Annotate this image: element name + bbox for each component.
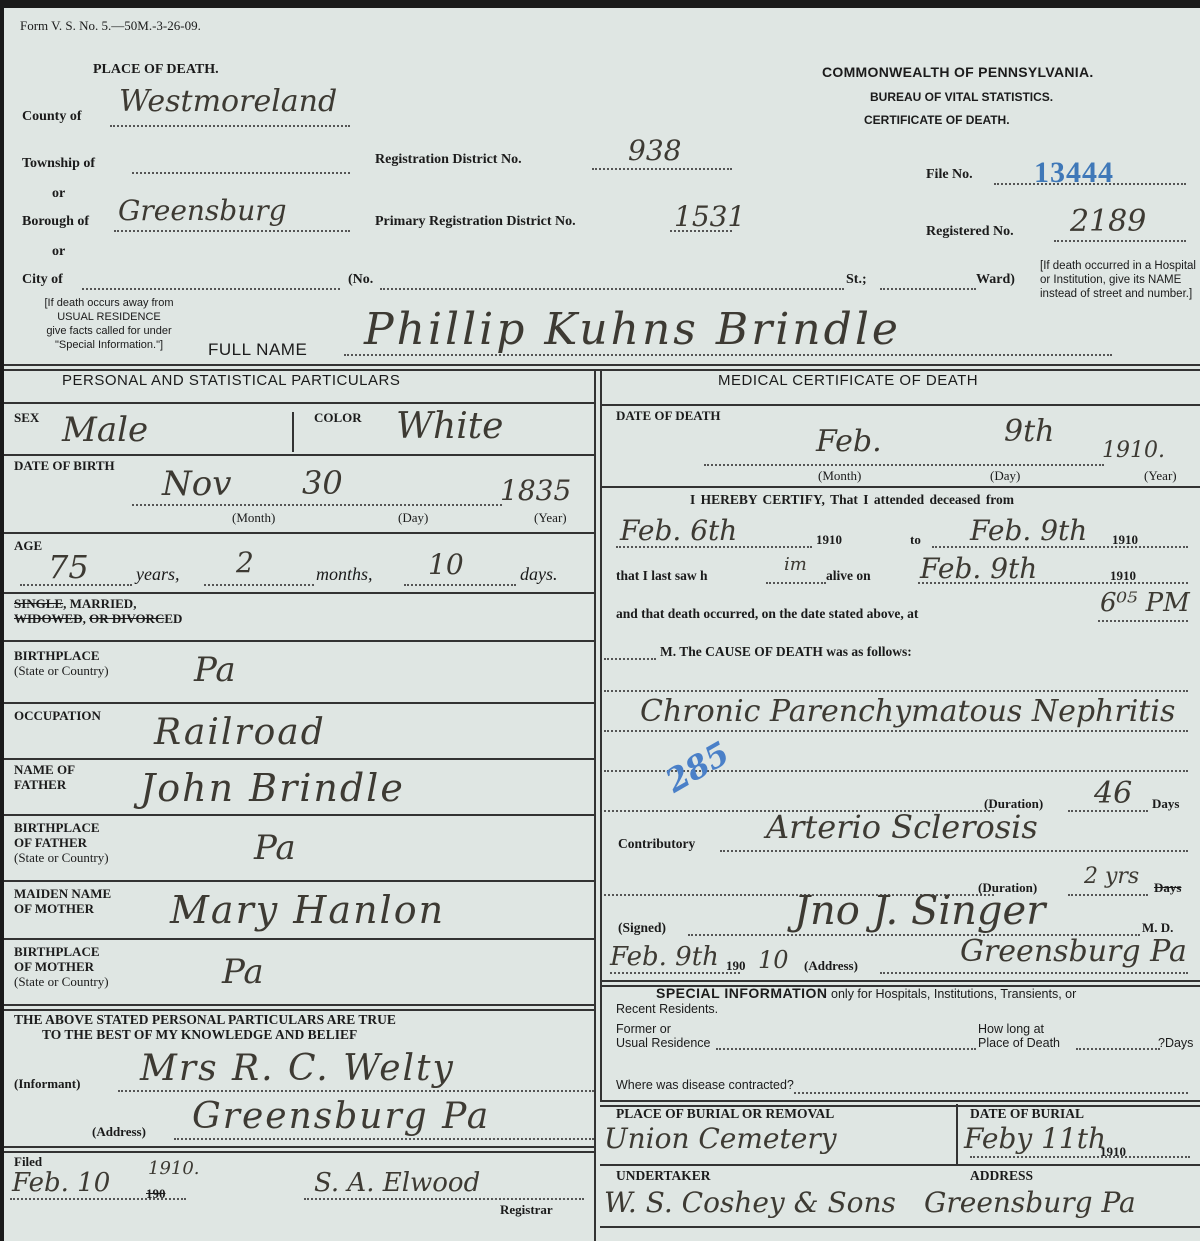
blue-code: 285: [659, 734, 736, 800]
township-label: Township of: [22, 156, 95, 172]
certify-text: I HEREBY CERTIFY, That I attended deceas…: [690, 492, 1014, 508]
dob-line: [132, 504, 502, 506]
father-bp-label-line-1: BIRTHPLACE: [14, 820, 109, 835]
dob-day-caption: (Day): [398, 510, 428, 526]
death-certificate: Form V. S. No. 5.—50M.-3-26-09. PLACE OF…: [4, 8, 1200, 1241]
how-long-line-1: How long at: [978, 1022, 1060, 1036]
how-long-label: How long at Place of Death: [978, 1022, 1060, 1050]
dod-label: DATE OF DEATH: [616, 408, 721, 424]
signed-label: (Signed): [618, 920, 666, 936]
age-months-line: [204, 584, 314, 586]
full-name-label: FULL NAME: [208, 340, 307, 360]
filed-printed-year: 190: [146, 1186, 166, 1202]
contributory-line: [720, 850, 1188, 852]
primary-reg-value: 1531: [674, 200, 745, 233]
medical-address-value: Greensburg Pa: [960, 934, 1187, 969]
cause-value: Chronic Parenchymatous Nephritis: [640, 694, 1175, 729]
death-time-value: 6⁰⁵ PM: [1100, 588, 1190, 618]
hospital-note: [If death occurred in a Hospital or Inst…: [1040, 259, 1200, 301]
former-residence-line-1: Former or: [616, 1022, 711, 1036]
column-divider-left: [594, 370, 596, 1241]
full-name-value: Phillip Kuhns Brindle: [364, 304, 901, 355]
state-country-caption: (State or Country): [14, 850, 109, 865]
undertaker-address-label: ADDRESS: [970, 1168, 1033, 1184]
cause-line-1: [604, 690, 1188, 692]
dod-month-caption: (Month): [818, 468, 861, 484]
column-divider-right: [600, 370, 602, 1100]
signed-value: Jno J. Singer: [794, 888, 1045, 934]
birthplace-value: Pa: [194, 650, 236, 690]
attended-from: Feb. 6th: [620, 514, 737, 547]
street-no-label: (No.: [348, 272, 373, 288]
reg-district-value: 938: [628, 134, 681, 167]
attended-to: Feb. 9th: [970, 514, 1087, 547]
state-country-caption: (State or Country): [14, 974, 109, 989]
bureau-title: BUREAU OF VITAL STATISTICS.: [870, 90, 1053, 104]
former-residence-label: Former or Usual Residence: [616, 1022, 711, 1050]
informant-address-line: [174, 1138, 594, 1140]
sex-value: Male: [62, 410, 148, 450]
dod-line: [704, 464, 1104, 466]
informant-statement-line-2: TO THE BEST OF MY KNOWLEDGE AND BELIEF: [14, 1027, 396, 1042]
dob-day: 30: [302, 464, 343, 502]
contributory-value: Arterio Sclerosis: [766, 808, 1038, 846]
informant-line: [118, 1090, 594, 1092]
last-saw-label: that I last saw h: [616, 568, 708, 584]
mother-bp-label-line-2: OF MOTHER: [14, 959, 109, 974]
borough-line: [114, 230, 350, 232]
ward-line: [880, 288, 976, 290]
row-rule: [4, 592, 594, 594]
attended-from-year: 1910: [816, 532, 842, 548]
months-label: months,: [316, 564, 373, 585]
cause-intro: M. The CAUSE OF DEATH was as follows:: [660, 644, 912, 660]
marital-comma: ,: [83, 611, 86, 626]
father-birthplace-label: BIRTHPLACE OF FATHER (State or Country): [14, 820, 109, 865]
last-saw-pronoun: im: [784, 554, 807, 575]
mother-birthplace-value: Pa: [222, 952, 264, 992]
contributory-label: Contributory: [618, 836, 695, 852]
county-label: County of: [22, 109, 82, 125]
mother-label-line-2: OF MOTHER: [14, 901, 111, 916]
file-no-value: 13444: [1034, 156, 1114, 190]
personal-heading: PERSONAL AND STATISTICAL PARTICULARS: [62, 372, 400, 389]
meridiem-line: [604, 658, 656, 660]
undertaker-value: W. S. Coshey & Sons: [604, 1186, 896, 1219]
city-label: City of: [22, 272, 63, 288]
last-saw-year: 1910: [1110, 568, 1136, 584]
dod-day-caption: (Day): [990, 468, 1020, 484]
reg-district-label: Registration District No.: [375, 152, 522, 168]
disease-contracted-line: [794, 1092, 1188, 1094]
sex-label: SEX: [14, 410, 39, 426]
row-rule: [4, 880, 594, 882]
informant-address-label: (Address): [92, 1124, 146, 1140]
borough-value: Greensburg: [118, 194, 287, 227]
row-rule: [4, 758, 594, 760]
sex-color-divider: [292, 412, 294, 452]
mother-birthplace-label: BIRTHPLACE OF MOTHER (State or Country): [14, 944, 109, 989]
duration-value: 46: [1094, 776, 1132, 811]
informant-statement-line-1: THE ABOVE STATED PERSONAL PARTICULARS AR…: [14, 1012, 396, 1027]
signed-date: Feb. 9th: [610, 942, 719, 972]
street-label: St.;: [846, 272, 867, 288]
duration-days-label: Days: [1152, 796, 1179, 812]
row-rule: [600, 486, 1200, 488]
pronoun-line: [766, 582, 826, 584]
special-info-line-2: Recent Residents.: [616, 1002, 718, 1016]
birthplace-label: BIRTHPLACE (State or Country): [14, 648, 109, 678]
row-rule: [4, 702, 594, 704]
mother-bp-label-line-1: BIRTHPLACE: [14, 944, 109, 959]
informant-value: Mrs R. C. Welty: [140, 1048, 455, 1089]
residence-note-line-3: give facts called for under: [20, 324, 198, 338]
color-value: White: [396, 406, 503, 447]
marital-married: , MARRIED,: [63, 596, 136, 611]
dob-year-caption: (Year): [534, 510, 567, 526]
row-rule: [4, 814, 594, 816]
registrar-label: Registrar: [500, 1202, 553, 1218]
death-time-text: and that death occurred, on the date sta…: [616, 606, 918, 622]
registrar-line: [304, 1198, 584, 1200]
duration2-line: [1068, 894, 1148, 896]
county-value: Westmoreland: [119, 84, 337, 119]
burial-date-label: DATE OF BURIAL: [970, 1106, 1084, 1122]
dod-year-caption: (Year): [1144, 468, 1177, 484]
years-label: years,: [136, 564, 180, 585]
state-country-caption: (State or Country): [14, 663, 109, 678]
row-rule: [4, 532, 594, 534]
cause-line-2: [604, 730, 1188, 732]
or-text-1: or: [52, 186, 65, 202]
registered-no-label: Registered No.: [926, 224, 1014, 240]
dob-month: Nov: [162, 464, 231, 504]
medical-heading: MEDICAL CERTIFICATE OF DEATH: [718, 372, 978, 389]
undertaker-address-value: Greensburg Pa: [924, 1186, 1136, 1219]
mother-label: MAIDEN NAME OF MOTHER: [14, 886, 111, 916]
age-days: 10: [428, 548, 464, 581]
informant-label: (Informant): [14, 1076, 80, 1092]
disease-contracted-label: Where was disease contracted?: [616, 1078, 794, 1092]
county-line: [110, 125, 350, 127]
filed-year: 1910.: [148, 1158, 200, 1179]
attended-to-year: 1910: [1112, 532, 1138, 548]
dob-year: 1835: [500, 474, 571, 507]
filed-date: Feb. 10: [12, 1168, 110, 1198]
dod-year: 1910.: [1102, 438, 1165, 463]
occupation-value: Railroad: [154, 712, 326, 753]
city-line: [82, 288, 340, 290]
medical-address-line: [880, 972, 1188, 974]
borough-label: Borough of: [22, 214, 89, 230]
special-info-heading: SPECIAL INFORMATION: [616, 985, 828, 1001]
burial-place-label: PLACE OF BURIAL OR REMOVAL: [616, 1106, 834, 1122]
father-birthplace-value: Pa: [254, 828, 296, 868]
dod-day: 9th: [1004, 414, 1054, 449]
father-value: John Brindle: [140, 766, 405, 810]
former-residence-line-2: Usual Residence: [616, 1036, 711, 1050]
days-suffix: ?Days: [1158, 1036, 1193, 1050]
commonwealth-title: COMMONWEALTH OF PENNSYLVANIA.: [822, 64, 1094, 80]
informant-statement: THE ABOVE STATED PERSONAL PARTICULARS AR…: [14, 1012, 396, 1042]
informant-address-value: Greensburg Pa: [192, 1096, 490, 1137]
certificate-title: CERTIFICATE OF DEATH.: [864, 113, 1010, 127]
last-saw-date: Feb. 9th: [920, 552, 1037, 585]
burial-year: 1910: [1100, 1144, 1126, 1160]
to-label: to: [910, 532, 921, 548]
marital-divorced-suffix: ED: [164, 611, 182, 626]
file-no-label: File No.: [926, 167, 973, 183]
age-label: AGE: [14, 538, 42, 554]
row-rule: [4, 640, 594, 642]
special-info: SPECIAL INFORMATION only for Hospitals, …: [616, 986, 1076, 1001]
age-years: 75: [48, 548, 89, 586]
occupation-label: OCCUPATION: [14, 708, 101, 724]
marital-divorced: OR DIVORC: [89, 611, 164, 626]
street-line: [380, 288, 844, 290]
burial-date-line: [970, 1156, 1190, 1158]
undertaker-label: UNDERTAKER: [616, 1168, 711, 1184]
header-divider: [4, 364, 1200, 371]
father-label-line-2: FATHER: [14, 777, 75, 792]
ward-label: Ward): [976, 272, 1015, 288]
former-residence-line: [716, 1048, 976, 1050]
residence-note-line-1: [If death occurs away from: [20, 296, 198, 310]
row-rule: [600, 1164, 1200, 1166]
reg-district-line: [592, 168, 732, 170]
dod-month: Feb.: [816, 424, 882, 459]
burial-divider: [956, 1104, 958, 1164]
duration2-value: 2 yrs: [1084, 864, 1139, 889]
registrar-signature: S. A. Elwood: [314, 1168, 480, 1198]
residence-note: [If death occurs away from USUAL RESIDEN…: [20, 296, 198, 352]
form-id: Form V. S. No. 5.—50M.-3-26-09.: [20, 18, 201, 34]
signed-date-line: [610, 972, 740, 974]
color-label: COLOR: [314, 410, 362, 426]
how-long-line: [1076, 1048, 1160, 1050]
how-long-line-2: Place of Death: [978, 1036, 1060, 1050]
father-label: NAME OF FATHER: [14, 762, 75, 792]
section-rule: [4, 1146, 594, 1153]
mother-value: Mary Hanlon: [170, 888, 445, 932]
father-label-line-1: NAME OF: [14, 762, 75, 777]
section-rule: [4, 1004, 594, 1011]
dob-label: DATE OF BIRTH: [14, 458, 115, 474]
registered-no-line: [1054, 240, 1186, 242]
row-rule: [4, 402, 594, 404]
father-bp-label-line-2: OF FATHER: [14, 835, 109, 850]
burial-date-value: Feby 11th: [964, 1122, 1106, 1155]
duration2-days-struck: Days: [1154, 880, 1181, 896]
days-label: days.: [520, 564, 558, 585]
special-info-heading-rest: only for Hospitals, Institutions, Transi…: [831, 987, 1076, 1001]
residence-note-line-2: USUAL RESIDENCE: [20, 310, 198, 324]
marital-single: SINGLE: [14, 596, 63, 611]
row-rule: [4, 938, 594, 940]
signed-year-hand: 10: [758, 946, 789, 974]
row-rule: [4, 454, 594, 456]
row-rule: [600, 1226, 1200, 1228]
signed-year-printed: 190: [726, 958, 746, 974]
marital-widowed: WIDOWED: [14, 611, 83, 626]
alive-on-label: alive on: [826, 568, 871, 584]
primary-reg-label: Primary Registration District No.: [375, 214, 576, 230]
residence-note-line-4: "Special Information."]: [20, 338, 198, 352]
age-months: 2: [236, 546, 254, 579]
mother-label-line-1: MAIDEN NAME: [14, 886, 111, 901]
age-days-line: [404, 584, 516, 586]
dob-month-caption: (Month): [232, 510, 275, 526]
marital-status: SINGLE, MARRIED, WIDOWED, OR DIVORCED: [14, 596, 182, 626]
birthplace-label-text: BIRTHPLACE: [14, 648, 109, 663]
township-line: [132, 172, 350, 174]
medical-address-label: (Address): [804, 958, 858, 974]
death-time-line: [1098, 620, 1188, 622]
registered-no-value: 2189: [1070, 204, 1146, 239]
or-text-2: or: [52, 244, 65, 260]
burial-place-value: Union Cemetery: [604, 1122, 837, 1155]
place-of-death-heading: PLACE OF DEATH.: [93, 62, 219, 78]
row-rule: [600, 404, 1200, 406]
